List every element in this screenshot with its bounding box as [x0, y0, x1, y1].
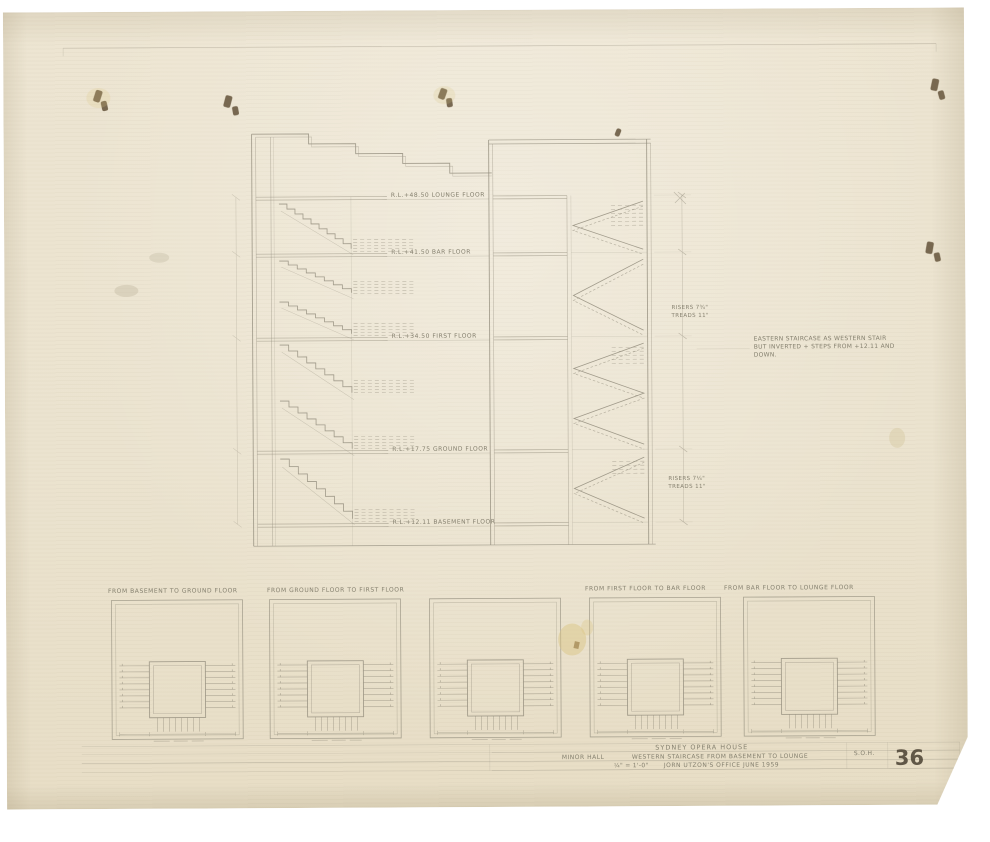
paper-blemishes: [86, 78, 948, 658]
title-block: SYDNEY OPERA HOUSE MINOR HALL WESTERN ST…: [82, 742, 960, 774]
floor-plans: FROM BASEMENT TO GROUND FLOOR FROM GROUN…: [108, 584, 875, 742]
drawing-sheet: R.L.+48.50 LOUNGE FLOOR R.L.+41.50 BAR F…: [3, 7, 968, 809]
floor-plan-basement-to-ground: [111, 600, 243, 742]
eastern-note-line1: EASTERN STAIRCASE AS WESTERN STAIR: [754, 335, 887, 343]
tape-mark: [232, 106, 240, 116]
office-credit: JORN UTZON'S OFFICE JUNE 1959: [663, 761, 779, 769]
eastern-note-line2: BUT INVERTED + STEPS FROM +12.11 AND: [754, 343, 895, 351]
project-title: SYDNEY OPERA HOUSE: [655, 743, 748, 751]
upper-risers-note: RISERS 7¾": [671, 305, 708, 311]
upper-treads-note: TREADS 11": [671, 313, 709, 319]
label-ground-floor: R.L.+17.75 GROUND FLOOR: [392, 445, 488, 453]
stain: [433, 86, 455, 104]
stain: [889, 428, 905, 448]
sheet-border-line: [63, 44, 936, 57]
tape-mark: [925, 241, 934, 254]
plan-header-2: FROM GROUND FLOOR TO FIRST FLOOR: [267, 586, 404, 594]
tape-mark: [930, 78, 939, 91]
lower-treads-note: TREADS 11": [667, 484, 705, 490]
plan-header-4: FROM BAR FLOOR TO LOUNGE FLOOR: [724, 584, 854, 592]
eastern-note-line3: DOWN.: [754, 351, 777, 358]
drawing-canvas: R.L.+48.50 LOUNGE FLOOR R.L.+41.50 BAR F…: [0, 0, 990, 842]
plan-header-3: FROM FIRST FLOOR TO BAR FLOOR: [585, 585, 706, 593]
label-lounge-floor: R.L.+48.50 LOUNGE FLOOR: [391, 192, 485, 199]
section-drawing: R.L.+48.50 LOUNGE FLOOR R.L.+41.50 BAR F…: [232, 131, 896, 546]
eastern-staircase-note: EASTERN STAIRCASE AS WESTERN STAIR BUT I…: [754, 335, 895, 359]
tape-mark: [937, 90, 945, 100]
hall-label: MINOR HALL: [562, 754, 605, 761]
east-stair-walls: [489, 139, 653, 545]
east-landing-hatch: [611, 205, 646, 473]
org-label: S.O.H.: [854, 750, 875, 757]
floor-plan-ground-to-first: [269, 599, 401, 741]
west-stair-flights: [279, 204, 355, 525]
floor-plan-first-to-bar: [589, 597, 721, 739]
tape-mark: [614, 128, 622, 137]
stain: [581, 619, 593, 635]
title-block-rules: [82, 742, 960, 773]
east-stair-flights: [573, 201, 645, 523]
tape-mark: [223, 95, 233, 108]
sheet-number: 36: [895, 746, 924, 770]
label-bar-floor: R.L.+41.50 BAR FLOOR: [391, 249, 471, 256]
east-floor-lines: [493, 195, 649, 526]
smudge: [149, 253, 169, 263]
smudge: [114, 285, 138, 297]
plan-header-1: FROM BASEMENT TO GROUND FLOOR: [108, 587, 238, 595]
floor-plan-bar-to-lounge: [743, 596, 875, 738]
scale-label: ¼" = 1'-0": [614, 762, 649, 769]
floor-lines: [256, 196, 491, 527]
stain: [86, 88, 110, 108]
floor-labels: R.L.+48.50 LOUNGE FLOOR R.L.+41.50 BAR F…: [391, 191, 496, 526]
left-dimension-line: [232, 194, 242, 527]
roof-step-outline: [252, 133, 492, 177]
lower-risers-note: RISERS 7¼": [668, 476, 705, 482]
label-first-floor: R.L.+34.50 FIRST FLOOR: [392, 333, 477, 340]
label-basement-floor: R.L.+12.11 BASEMENT FLOOR: [393, 518, 496, 526]
plan-headers: FROM BASEMENT TO GROUND FLOOR FROM GROUN…: [108, 584, 854, 595]
riser-tread-notes: RISERS 7¾" TREADS 11" RISERS 7¼" TREADS …: [666, 305, 709, 490]
tape-mark: [933, 252, 941, 262]
drawing-subtitle: WESTERN STAIRCASE FROM BASEMENT TO LOUNG…: [632, 753, 808, 761]
floor-plan-first: [429, 598, 561, 740]
west-landing-hatch: [353, 239, 414, 521]
